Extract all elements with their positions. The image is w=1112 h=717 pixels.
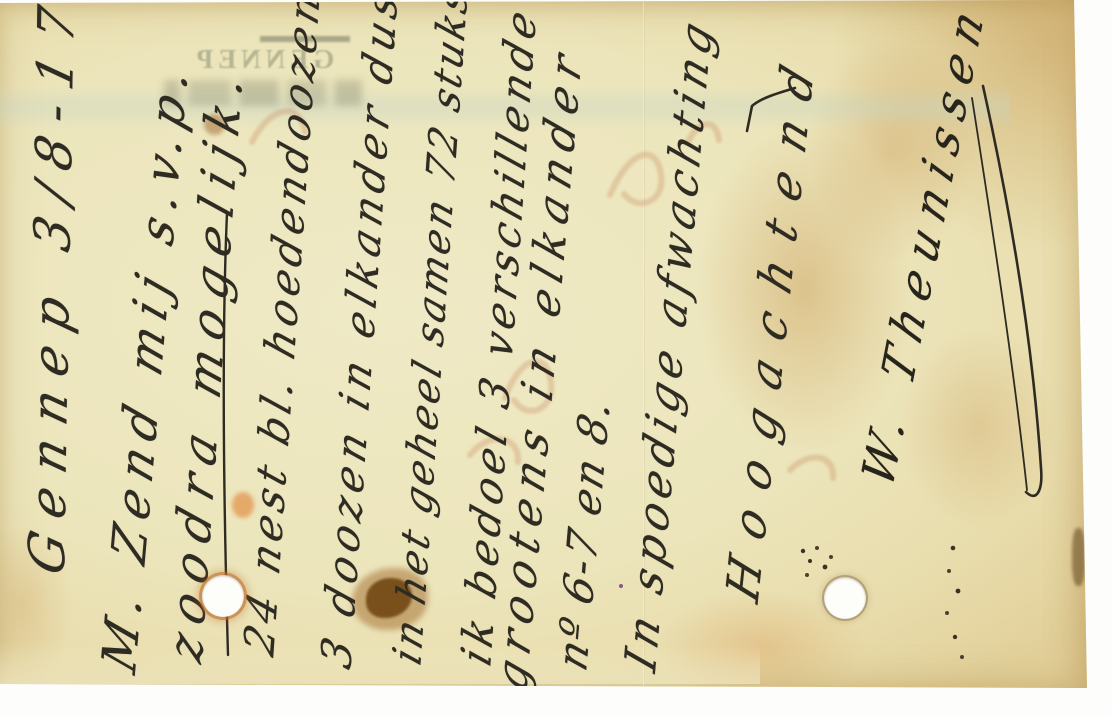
handwriting-line-date-place: Gennep 3/8-17: [18, 0, 86, 580]
signature-paraph-stroke-1: [983, 86, 1041, 496]
punch-hole-left: [202, 575, 244, 617]
punch-hole-right: [824, 577, 866, 619]
ink-speckles: [0, 0, 2, 2]
signature-paraph-stroke-2: [972, 98, 1027, 490]
postcard: GENNEP Gennep 3/8-17 M. Zend mij s.v.p. …: [0, 0, 1087, 688]
scanner-background: GENNEP Gennep 3/8-17 M. Zend mij s.v.p. …: [0, 0, 1112, 717]
